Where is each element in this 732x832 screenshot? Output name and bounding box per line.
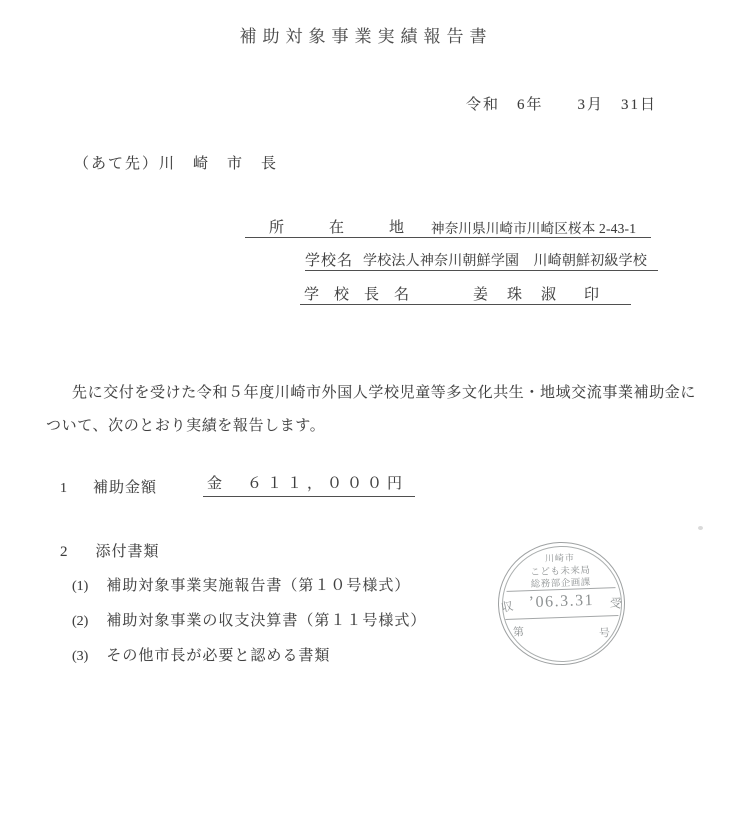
scan-artifact-speck (698, 526, 703, 530)
body-paragraph-line-1: 先に交付を受けた令和５年度川崎市外国人学校児童等多文化共生・地域交流事業補助金に (46, 381, 696, 402)
page-title: 補助対象事業実績報告書 (0, 22, 732, 47)
school-name-label: 学校名 (305, 249, 353, 270)
attachment-item-3: (3) その他市長が必要と認める書類 (72, 644, 330, 665)
attachments-item-number: 2 (60, 544, 68, 561)
attachment-2-number: (2) (72, 614, 88, 630)
attachment-1-number: (1) (72, 579, 88, 595)
body-paragraph-line-2: ついて、次のとおり実績を報告します。 (46, 414, 325, 435)
stamp-right-char: 受 (609, 593, 623, 612)
stamp-number-suffix: 号 (599, 624, 611, 640)
receipt-stamp: 川崎市 こども未来局 総務部企画課 収 ’06.3.31 受 第 号 (496, 540, 627, 667)
document-page: 補助対象事業実績報告書 令和 6年 3月 31日 （あて先）川 崎 市 長 所 … (0, 0, 732, 832)
subsidy-amount-row: 1 補助金額 金 ６１１，０００円 (60, 472, 415, 497)
subsidy-amount-value: 金 ６１１，０００円 (203, 472, 415, 497)
addressee-line: （あて先）川 崎 市 長 (74, 152, 278, 173)
school-name-value: 学校法人神奈川朝鮮学園 川崎朝鮮初級学校 (363, 250, 647, 270)
attachment-item-1: (1) 補助対象事業実施報告書（第１０号様式） (72, 574, 410, 595)
stamp-number-prefix: 第 (513, 623, 525, 639)
sender-principal-row: 学 校 長 名 姜 珠 淑 印 (300, 280, 631, 305)
date-line: 令和 6年 3月 31日 (466, 93, 657, 114)
seal-mark: 印 (584, 283, 599, 304)
sender-school-row: 学校名 学校法人神奈川朝鮮学園 川崎朝鮮初級学校 (305, 246, 658, 271)
attachment-3-number: (3) (72, 649, 88, 665)
attachment-1-text: 補助対象事業実施報告書（第１０号様式） (106, 574, 410, 595)
sender-location-row: 所 在 地 神奈川県川崎市川崎区桜本 2-43-1 (245, 212, 651, 238)
attachment-item-2: (2) 補助対象事業の収支決算書（第１１号様式） (72, 609, 426, 630)
location-value: 神奈川県川崎市川崎区桜本 2-43-1 (431, 217, 636, 237)
location-label: 所 在 地 (269, 216, 419, 237)
principal-name: 姜 珠 淑 (473, 283, 558, 304)
attachments-heading-row: 2 添付書類 (60, 540, 160, 561)
attachment-3-text: その他市長が必要と認める書類 (106, 644, 330, 665)
attachments-heading: 添付書類 (96, 540, 160, 561)
subsidy-amount-label: 補助金額 (93, 476, 157, 497)
subsidy-item-number: 1 (60, 481, 67, 497)
attachment-2-text: 補助対象事業の収支決算書（第１１号様式） (106, 609, 426, 630)
principal-label: 学 校 長 名 (304, 283, 409, 304)
